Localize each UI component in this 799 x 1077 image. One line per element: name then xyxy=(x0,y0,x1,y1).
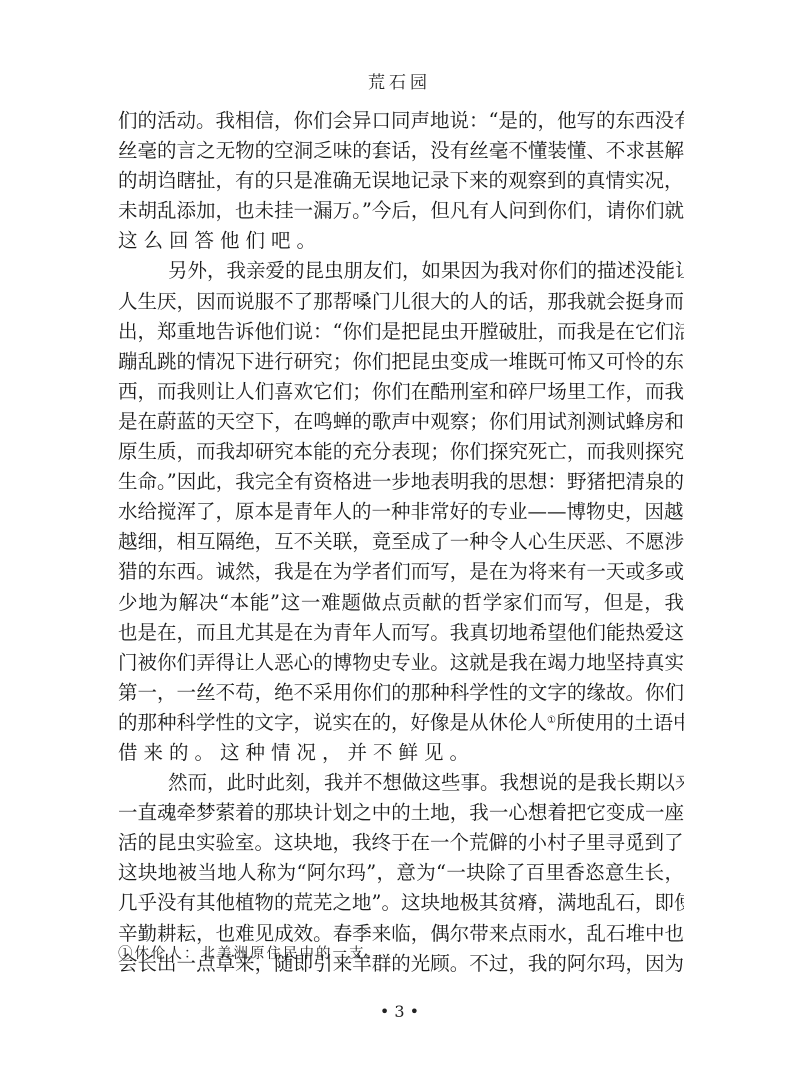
text-line: 活的昆虫实验室。这块地，我终于在一个荒僻的小村子里寻觅到了。 xyxy=(118,828,684,858)
text-line: 借来的。这种情况，并不鲜见。 xyxy=(118,738,684,768)
page-number: • 3 • xyxy=(0,1002,799,1021)
text-line: 生命。”因此，我完全有资格进一步地表明我的思想：野猪把清泉的 xyxy=(118,467,684,497)
text-line: 门被你们弄得让人恶心的博物史专业。这就是我在竭力地坚持真实 xyxy=(118,648,684,678)
text-line: 这块地被当地人称为“阿尔玛”，意为“一块除了百里香恣意生长， xyxy=(118,858,684,888)
text-line: 未胡乱添加，也未挂一漏万。”今后，但凡有人问到你们，请你们就 xyxy=(118,196,684,226)
text-line: 这么回答他们吧。 xyxy=(118,226,684,256)
footnote: ①休伦人：北美洲原住民中的一支。 xyxy=(118,942,382,963)
text-line: 原生质，而我却研究本能的充分表现；你们探究死亡，而我则探究 xyxy=(118,437,684,467)
text-line: 越细，相互隔绝，互不关联，竟至成了一种令人心生厌恶、不愿涉 xyxy=(118,527,684,557)
text-line: 们的活动。我相信，你们会异口同声地说：“是的，他写的东西没有 xyxy=(118,106,684,136)
text-line: 一直魂牵梦萦着的那块计划之中的土地，我一心想着把它变成一座 xyxy=(118,798,684,828)
text-line: 少地为解决“本能”这一难题做点贡献的哲学家们而写，但是，我 xyxy=(118,588,684,618)
text-line: 丝毫的言之无物的空洞乏味的套话，没有丝毫不懂装懂、不求甚解 xyxy=(118,136,684,166)
text-line: 也是在，而且尤其是在为青年人而写。我真切地希望他们能热爱这 xyxy=(118,618,684,648)
running-head: 荒石园 xyxy=(0,68,799,93)
text-line: 猎的东西。诚然，我是在为学者们而写，是在为将来有一天或多或 xyxy=(118,557,684,587)
text-line: 蹦乱跳的情况下进行研究；你们把昆虫变成一堆既可怖又可怜的东 xyxy=(118,347,684,377)
text-line: 然而，此时此刻，我并不想做这些事。我想说的是我长期以来 xyxy=(118,768,684,798)
text-segment: 的那种科学性的文字，说实在的，好像是从休伦人 xyxy=(118,711,547,734)
text-segment: 所使用的土语中 xyxy=(556,711,684,734)
text-line: 几乎没有其他植物的荒芜之地”。这块地极其贫瘠，满地乱石，即使 xyxy=(118,888,684,918)
text-line: 出，郑重地告诉他们说：“你们是把昆虫开膛破肚，而我是在它们活 xyxy=(118,317,684,347)
text-line: 西，而我则让人们喜欢它们；你们在酷刑室和碎尸场里工作，而我 xyxy=(118,377,684,407)
text-line: 的胡诌瞎扯，有的只是准确无误地记录下来的观察到的真情实况，既 xyxy=(118,166,684,196)
text-line: 人生厌，因而说服不了那帮嗓门儿很大的人的话，那我就会挺身而 xyxy=(118,287,684,317)
body-text: 们的活动。我相信，你们会异口同声地说：“是的，他写的东西没有 丝毫的言之无物的空… xyxy=(118,106,684,979)
text-line: 水给搅浑了，原本是青年人的一种非常好的专业——博物史，因越分 xyxy=(118,497,684,527)
text-line: 另外，我亲爱的昆虫朋友们，如果因为我对你们的描述没能让 xyxy=(118,256,684,286)
text-line: 第一，一丝不苟，绝不采用你们的那种科学性的文字的缘故。你们 xyxy=(118,678,684,708)
text-line-with-footnote: 的那种科学性的文字，说实在的，好像是从休伦人①所使用的土语中 xyxy=(118,708,684,738)
footnote-marker[interactable]: ① xyxy=(547,715,556,726)
text-line: 是在蔚蓝的天空下，在鸣蝉的歌声中观察；你们用试剂测试蜂房和 xyxy=(118,407,684,437)
